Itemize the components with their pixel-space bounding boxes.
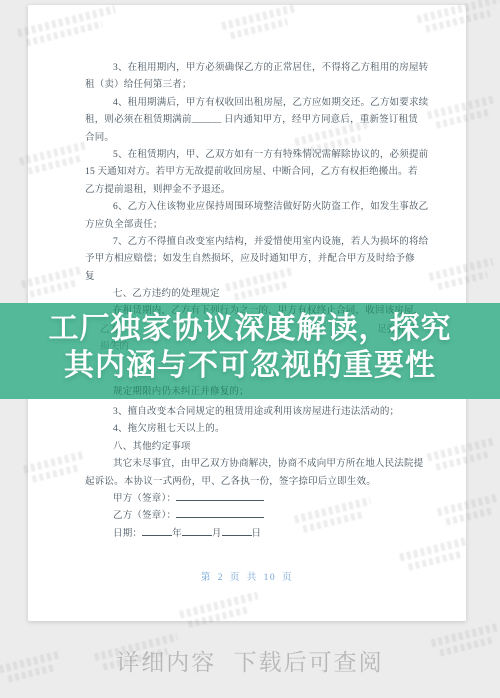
title-overlay-band: 在租赁期内，乙方有下列行为之一的，甲方有权终止合同，收回该房屋， 乙方 足弥补甲… (0, 303, 500, 399)
contract-line: 复 (85, 269, 442, 286)
contract-line: 4、拖欠房租七天以上的。 (85, 421, 442, 438)
article-title-line2: 其内涵与不可忽视的重要性 (0, 347, 500, 384)
contract-line: 7、乙方不得擅自改变室内结构，并爱惜使用室内设施，若人为损坏的将给 (85, 234, 442, 251)
contract-text-upper: 3、在租用期内，甲方必须确保乙方的正常居住，不得将乙方租用的房屋转 租（卖）给任… (28, 60, 466, 304)
date-blank (222, 527, 252, 536)
signature-blank (176, 492, 264, 501)
contract-line: 合同。 (85, 130, 442, 147)
contract-line: 方应负全部责任； (85, 217, 442, 234)
contract-section-heading: 七、乙方违约的处理规定 (85, 286, 442, 303)
contract-line: 3、擅自改变本合同规定的租赁用途或利用该房屋进行违法活动的； (85, 404, 442, 421)
contract-text-lower: 3、擅自改变本合同规定的租赁用途或利用该房屋进行违法活动的； 4、拖欠房租七天以… (28, 404, 466, 543)
signature-line-party-a: 甲方（签章）： (85, 491, 442, 508)
contract-line: 起诉讼。本协议一式两份，甲、乙各执一份，签字捺印后立即生效。 (85, 474, 442, 491)
contract-section-heading: 八、其他约定事项 (85, 439, 442, 456)
contract-line: 予甲方相应赔偿；如发生自然损坏，应及时通知甲方，并配合甲方及时给予修 (85, 251, 442, 268)
contract-line: 其它未尽事宜，由甲乙双方协商解决，协商不成向甲方所在地人民法院提 (85, 456, 442, 473)
contract-line: 租（卖）给任何第三者； (85, 77, 442, 94)
article-title: 工厂独家协议深度解读，探究 其内涵与不可忽视的重要性 (0, 310, 500, 384)
contract-line: 6、乙方入住该物业应保持周围环境整洁做好防火防盗工作，如发生事故乙 (85, 199, 442, 216)
date-blank (142, 527, 172, 536)
obscured-contract-line: 规定期限内仍未纠正并修复的； (113, 386, 249, 399)
signature-line-party-b: 乙方（签章）： (85, 508, 442, 525)
page-number: 第 2 页 共 10 页 (28, 569, 466, 583)
contract-line: 4、租用期满后，甲方有权收回出租房屋，乙方应如期交还。乙方如要求续 (85, 95, 442, 112)
contract-line: 15 天通知对方。若甲方无故提前收回房屋、中断合同，乙方有权拒绝搬出。若 (85, 164, 442, 181)
signature-blank (176, 509, 264, 518)
contract-line: 3、在租用期内，甲方必须确保乙方的正常居住，不得将乙方租用的房屋转 (85, 60, 442, 77)
contract-line: 租，则必须在租赁期满前______ 日内通知甲方，经甲方同意后，重新签订租赁 (85, 112, 442, 129)
date-blank (182, 527, 212, 536)
document-preview-screen: 3、在租用期内，甲方必须确保乙方的正常居住，不得将乙方租用的房屋转 租（卖）给任… (0, 0, 500, 698)
article-title-line1: 工厂独家协议深度解读，探究 (0, 310, 500, 347)
signature-line-date: 日期：年月日 (85, 526, 442, 543)
contract-line: 5、在租赁期内，甲、乙双方如有一方有特殊情况需解除协议的，必须提前 (85, 147, 442, 164)
contract-line: 乙方提前退租，则押金不予退还。 (85, 182, 442, 199)
download-hint-text: 详细内容 下载后可查阅 (0, 644, 500, 677)
